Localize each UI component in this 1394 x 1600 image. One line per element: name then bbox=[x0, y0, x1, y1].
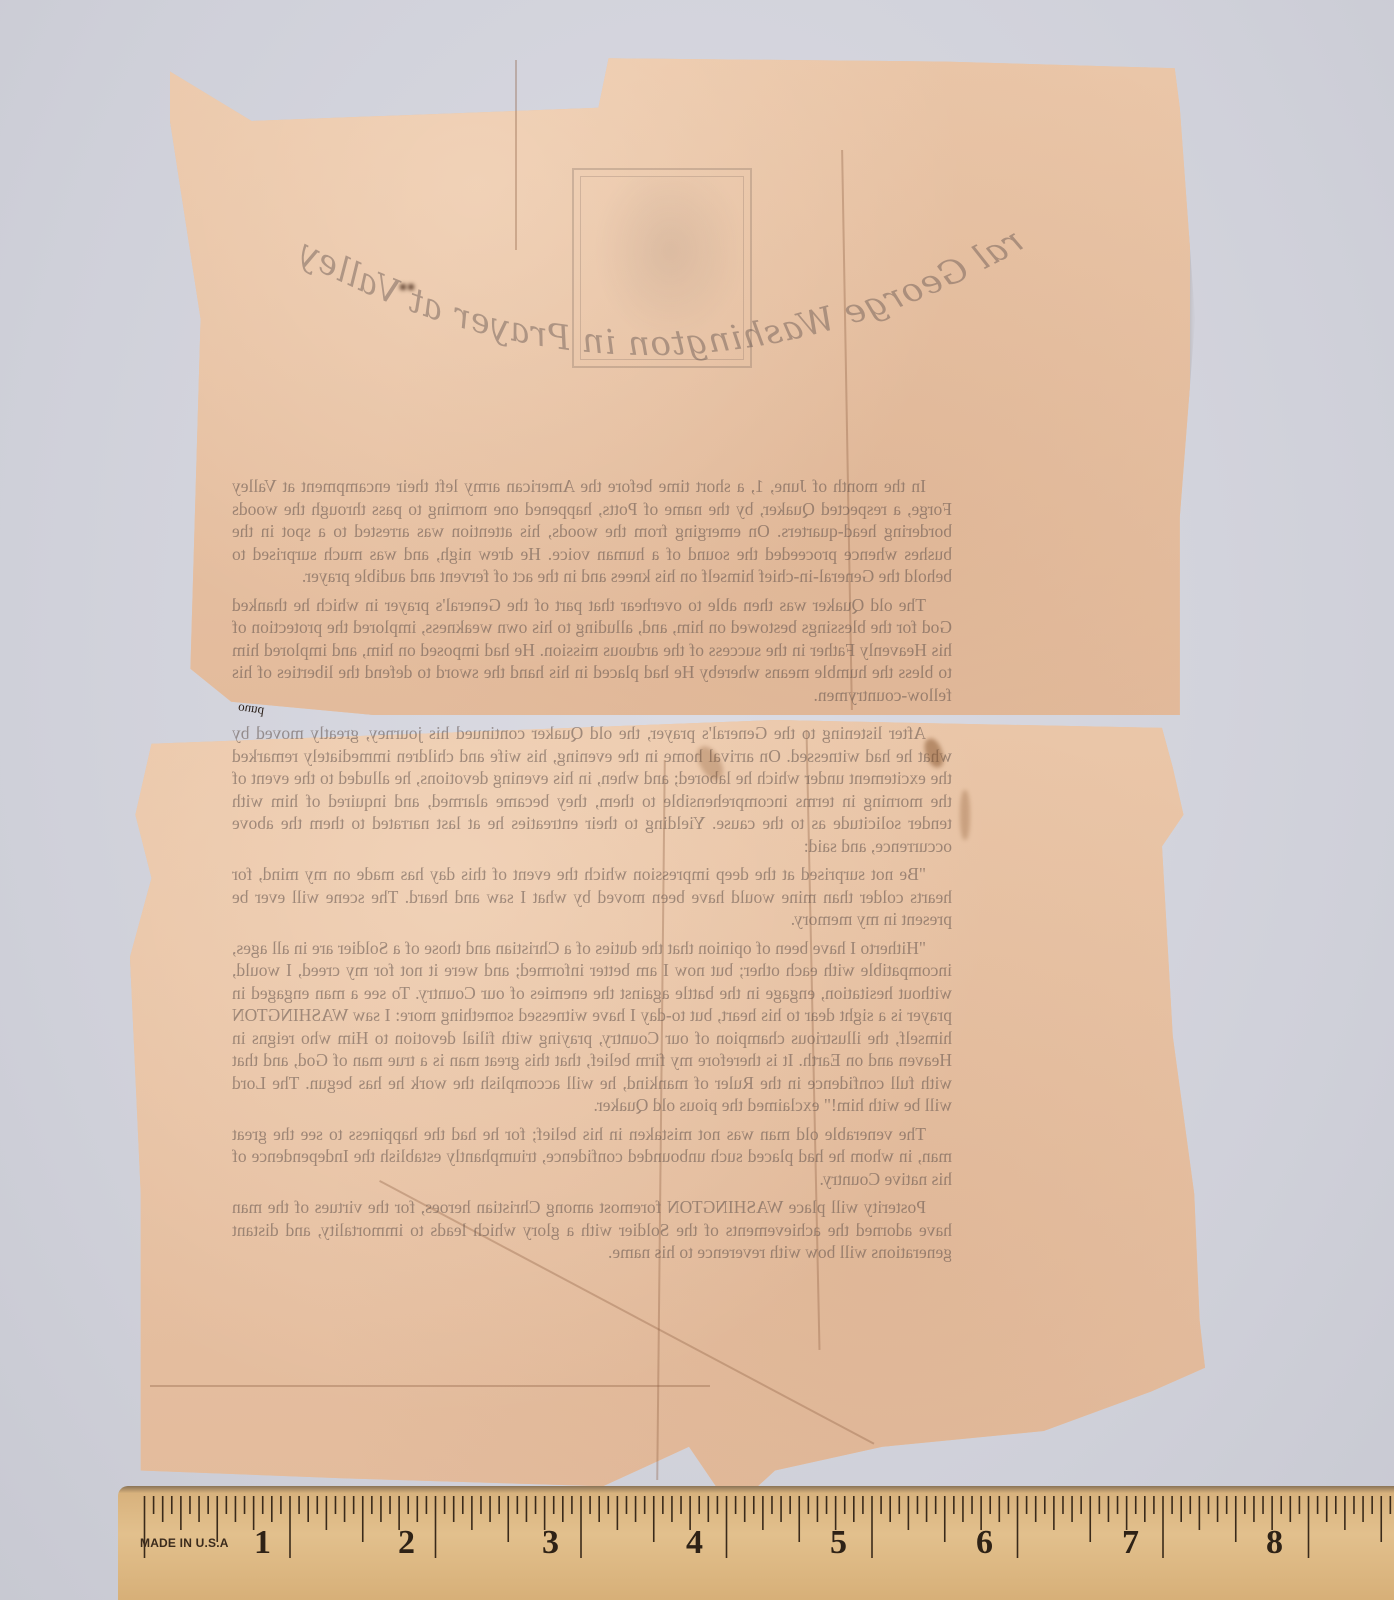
fold-line bbox=[515, 60, 517, 250]
paragraph: In the month of June, 1, a short time be… bbox=[232, 475, 952, 588]
ink-spot bbox=[408, 284, 414, 290]
stain bbox=[960, 790, 970, 840]
ruler-number-1: 1 bbox=[254, 1524, 271, 1562]
document-title: General George Washington in Prayer at V… bbox=[281, 230, 1050, 364]
torn-fragment-text: ound bbox=[237, 700, 265, 719]
ruler-number-7: 7 bbox=[1122, 1524, 1139, 1562]
paragraph: The venerable old man was not mistaken i… bbox=[232, 1123, 952, 1191]
paragraph: Posterity will place WASHINGTON foremost… bbox=[232, 1196, 952, 1264]
ruler-number-3: 3 bbox=[542, 1524, 559, 1562]
ruler-number-8: 8 bbox=[1266, 1524, 1283, 1562]
paragraph: The old Quaker was then able to overhear… bbox=[232, 594, 952, 707]
svg-text:General George Washington in P: General George Washington in Prayer at V… bbox=[281, 230, 1050, 364]
paragraph: "Be not surprised at the deep impression… bbox=[232, 863, 952, 931]
ruler-ticks bbox=[118, 1486, 1394, 1600]
paragraph: After listening to the General's prayer,… bbox=[232, 722, 952, 857]
ruler-number-2: 2 bbox=[398, 1524, 415, 1562]
ruler-number-5: 5 bbox=[830, 1524, 847, 1562]
fold-line bbox=[150, 1385, 710, 1387]
ruler-brand-label: MADE IN U.S.A bbox=[140, 1536, 229, 1550]
body-text-upper: In the month of June, 1, a short time be… bbox=[232, 475, 952, 712]
body-text-lower: After listening to the General's prayer,… bbox=[232, 722, 952, 1270]
wooden-ruler: MADE IN U.S.A 1 2 3 4 5 6 7 8 bbox=[118, 1486, 1394, 1600]
ruler-number-6: 6 bbox=[976, 1524, 993, 1562]
ruler-number-4: 4 bbox=[686, 1524, 703, 1562]
paragraph: "Hitherto I have been of opinion that th… bbox=[232, 937, 952, 1117]
ink-spot bbox=[400, 284, 406, 290]
document-title-arc: General George Washington in Prayer at V… bbox=[250, 230, 1050, 430]
